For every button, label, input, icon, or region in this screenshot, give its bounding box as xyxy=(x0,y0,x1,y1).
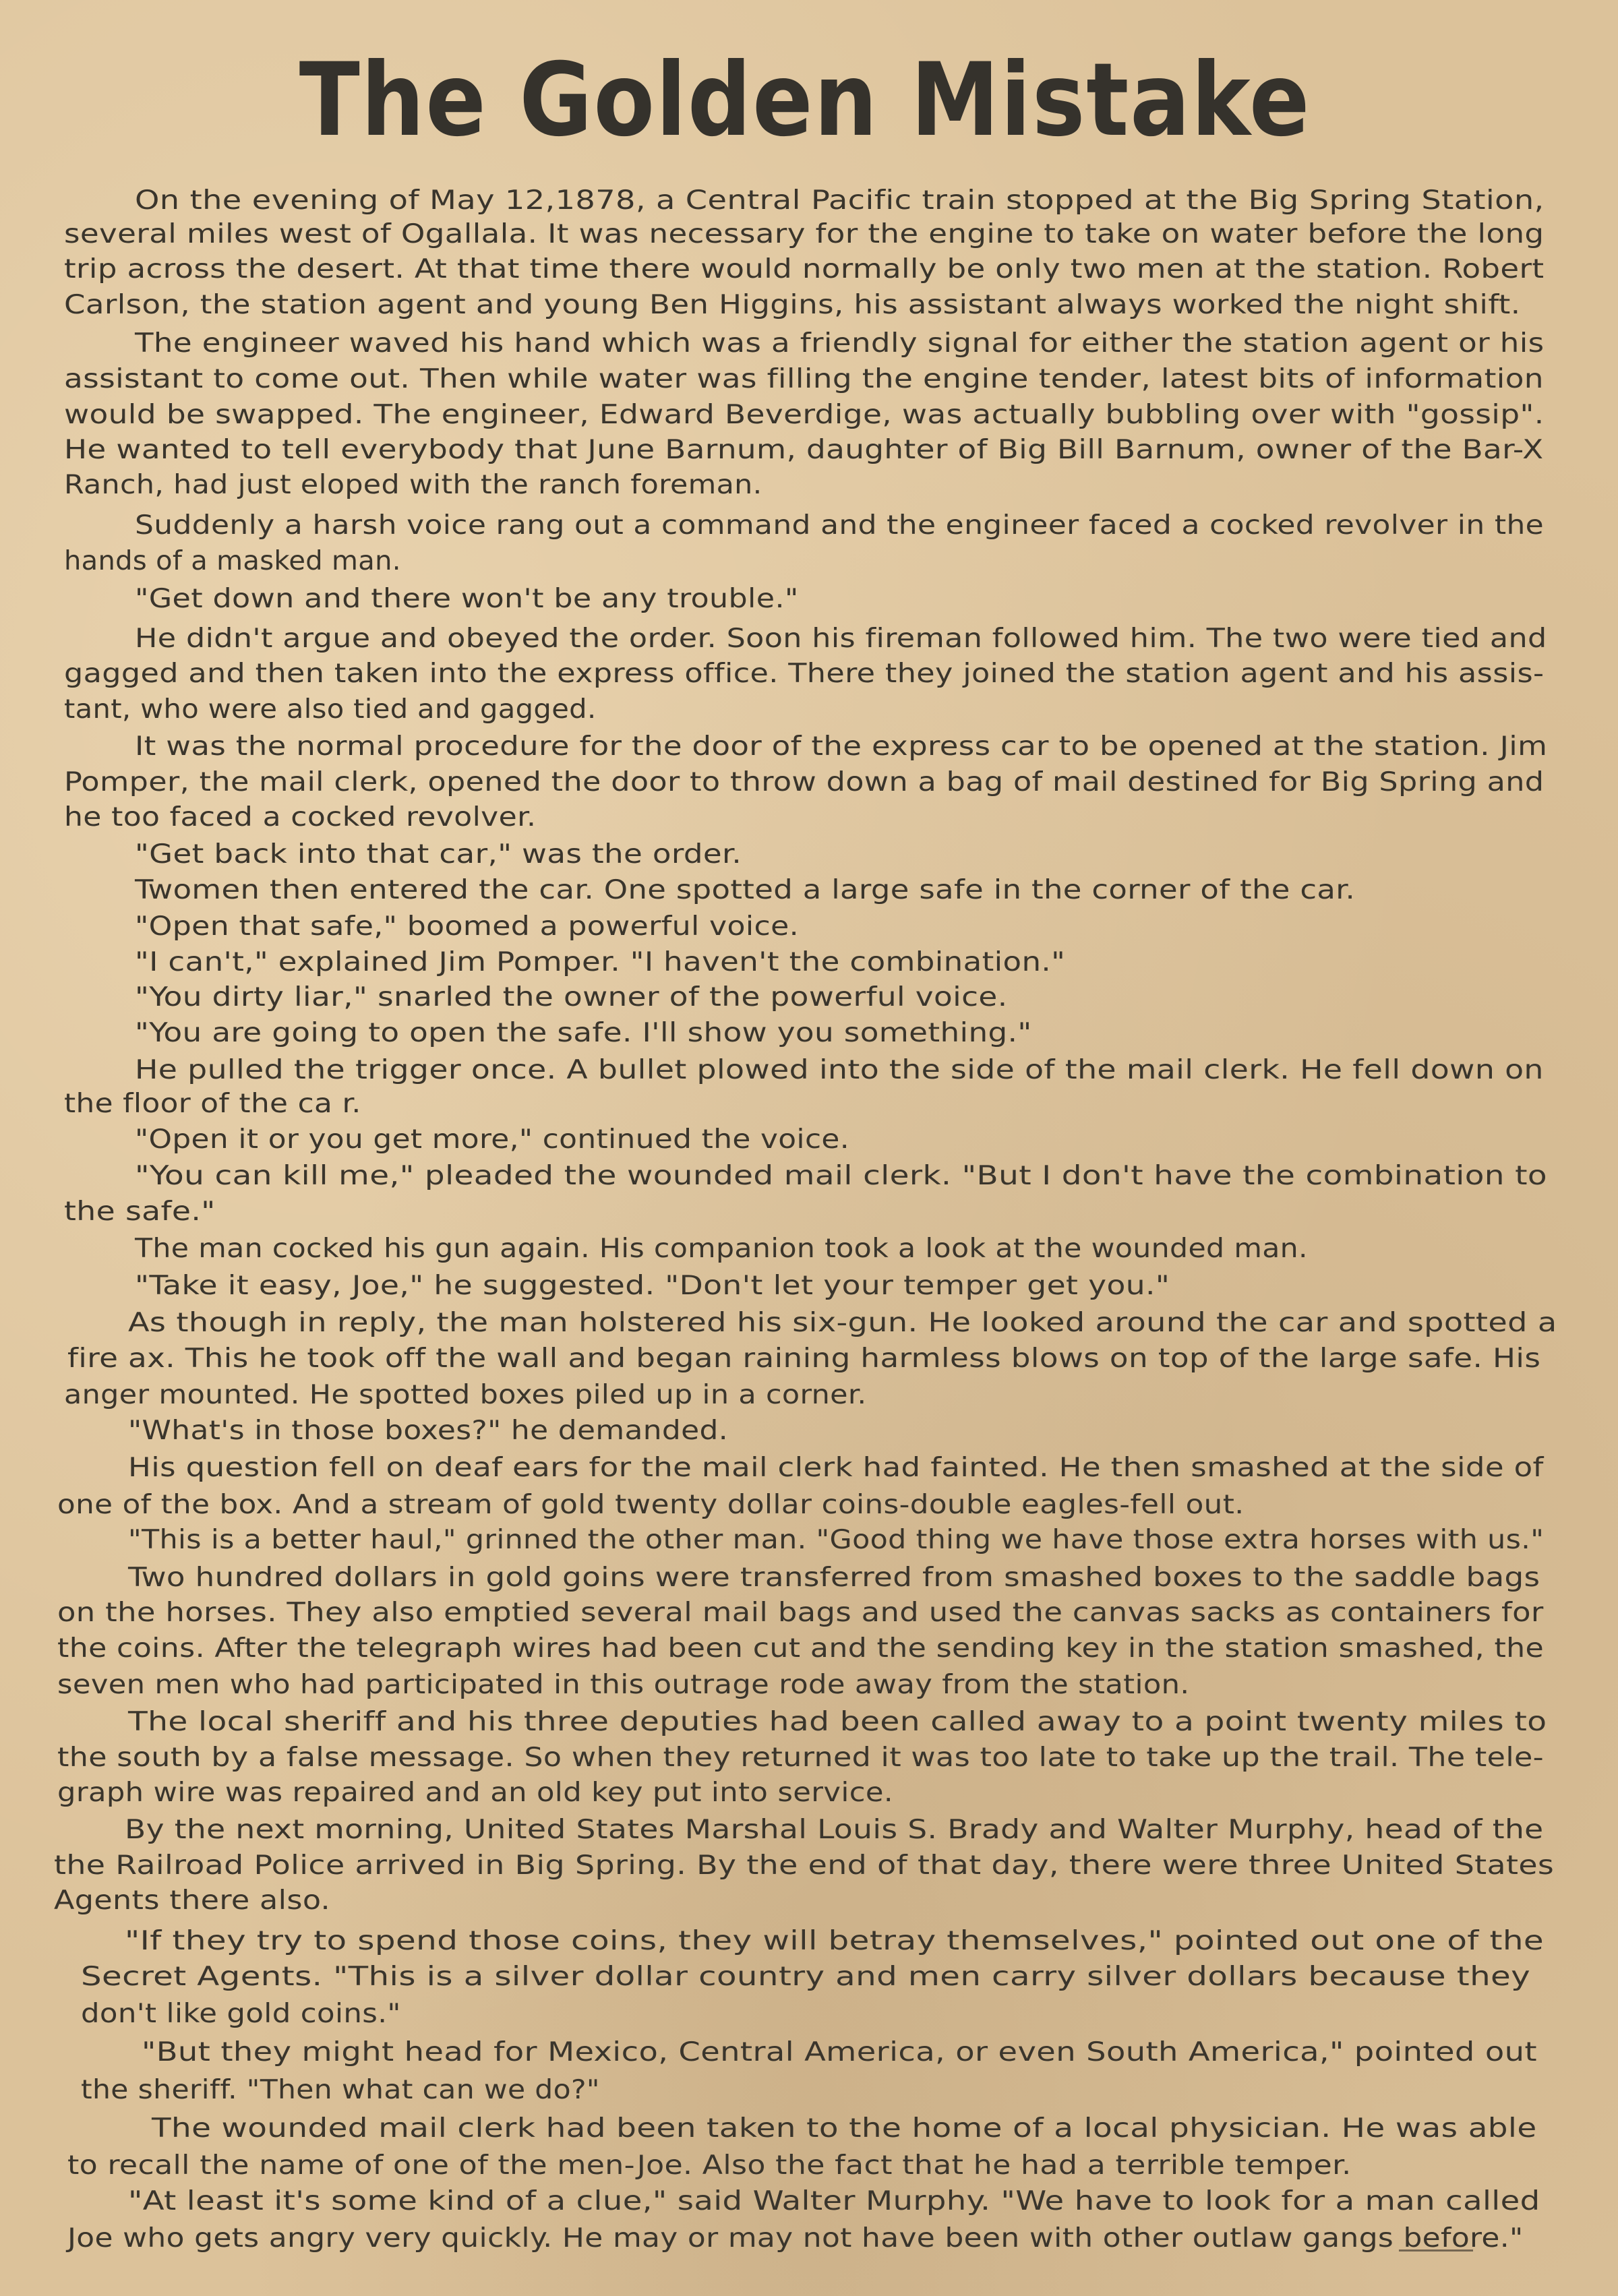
text-line: the Railroad Police arrived in Big Sprin… xyxy=(54,1850,1554,1881)
text-line: assistant to come out. Then while water … xyxy=(64,364,1544,395)
text-line: "If they try to spend those coins, they … xyxy=(125,1926,1544,1957)
text-line: Two hundred dollars in gold goins were t… xyxy=(128,1563,1540,1594)
page-title: The Golden Mistake xyxy=(93,42,1517,159)
text-line: on the horses. They also emptied several… xyxy=(57,1598,1544,1629)
text-line: the floor of the ca r. xyxy=(64,1089,361,1120)
end-mark xyxy=(1399,2249,1473,2252)
text-line: Pomper, the mail clerk, opened the door … xyxy=(64,767,1544,798)
text-line: to recall the name of one of the men-Joe… xyxy=(67,2150,1352,2181)
text-line: the safe." xyxy=(64,1197,216,1228)
text-line: Joe who gets angry very quickly. He may … xyxy=(67,2223,1524,2254)
text-line: Twomen then entered the car. One spotted… xyxy=(135,875,1355,906)
text-line: hands of a masked man. xyxy=(64,546,401,577)
document-page: The Golden Mistake On the evening of May… xyxy=(0,0,1618,2296)
text-line: On the evening of May 12,1878, a Central… xyxy=(135,185,1545,216)
text-line: would be swapped. The engineer, Edward B… xyxy=(64,400,1545,431)
text-line: "Get down and there won't be any trouble… xyxy=(135,584,799,615)
text-line: "Open it or you get more," continued the… xyxy=(135,1124,849,1155)
text-line: "Take it easy, Joe," he suggested. "Don'… xyxy=(135,1271,1170,1302)
text-line: "Get back into that car," was the order. xyxy=(135,839,742,870)
text-line: "You are going to open the safe. I'll sh… xyxy=(135,1018,1032,1049)
text-line: The wounded mail clerk had been taken to… xyxy=(152,2113,1537,2144)
text-line: Carlson, the station agent and young Ben… xyxy=(64,290,1520,321)
text-line: The man cocked his gun again. His compan… xyxy=(135,1234,1308,1265)
text-line: He wanted to tell everybody that June Ba… xyxy=(64,435,1543,466)
text-line: fire ax. This he took off the wall and b… xyxy=(67,1343,1540,1374)
text-line: Ranch, had just eloped with the ranch fo… xyxy=(64,470,762,501)
text-line: He didn't argue and obeyed the order. So… xyxy=(135,624,1547,655)
text-line: "Open that safe," boomed a powerful voic… xyxy=(135,911,799,942)
text-line: The engineer waved his hand which was a … xyxy=(135,328,1545,359)
text-line: "But they might head for Mexico, Central… xyxy=(142,2037,1537,2068)
text-line: gagged and then taken into the express o… xyxy=(64,659,1544,690)
text-line: Secret Agents. "This is a silver dollar … xyxy=(81,1962,1530,1993)
text-line: Agents there also. xyxy=(54,1885,330,1916)
text-line: "You dirty liar," snarled the owner of t… xyxy=(135,982,1007,1013)
text-line: the south by a false message. So when th… xyxy=(57,1743,1544,1774)
text-line: Suddenly a harsh voice rang out a comman… xyxy=(135,510,1544,541)
text-line: "This is a better haul," grinned the oth… xyxy=(128,1525,1544,1556)
text-line: the sheriff. "Then what can we do?" xyxy=(81,2075,600,2106)
text-line: he too faced a cocked revolver. xyxy=(64,802,536,833)
text-line: By the next morning, United States Marsh… xyxy=(125,1815,1544,1846)
text-line: It was the normal procedure for the door… xyxy=(135,731,1547,762)
text-line: His question fell on deaf ears for the m… xyxy=(128,1453,1544,1484)
text-line: seven men who had participated in this o… xyxy=(57,1670,1189,1701)
text-line: He pulled the trigger once. A bullet plo… xyxy=(135,1055,1544,1086)
text-line: tant, who were also tied and gagged. xyxy=(64,694,597,725)
text-line: several miles west of Ogallala. It was n… xyxy=(64,219,1544,250)
text-line: one of the box. And a stream of gold twe… xyxy=(57,1490,1244,1521)
text-line: "What's in those boxes?" he demanded. xyxy=(128,1416,728,1447)
text-line: graph wire was repaired and an old key p… xyxy=(57,1778,893,1809)
text-line: trip across the desert. At that time the… xyxy=(64,254,1544,285)
text-line: "You can kill me," pleaded the wounded m… xyxy=(135,1161,1547,1192)
text-line: "At least it's some kind of a clue," sai… xyxy=(128,2186,1540,2217)
text-line: anger mounted. He spotted boxes piled up… xyxy=(64,1380,867,1411)
text-line: "I can't," explained Jim Pomper. "I have… xyxy=(135,947,1065,978)
text-line: The local sheriff and his three deputies… xyxy=(128,1707,1547,1738)
text-line: the coins. After the telegraph wires had… xyxy=(57,1633,1544,1664)
text-line: don't like gold coins." xyxy=(81,1999,401,2030)
text-line: As though in reply, the man holstered hi… xyxy=(128,1308,1557,1339)
